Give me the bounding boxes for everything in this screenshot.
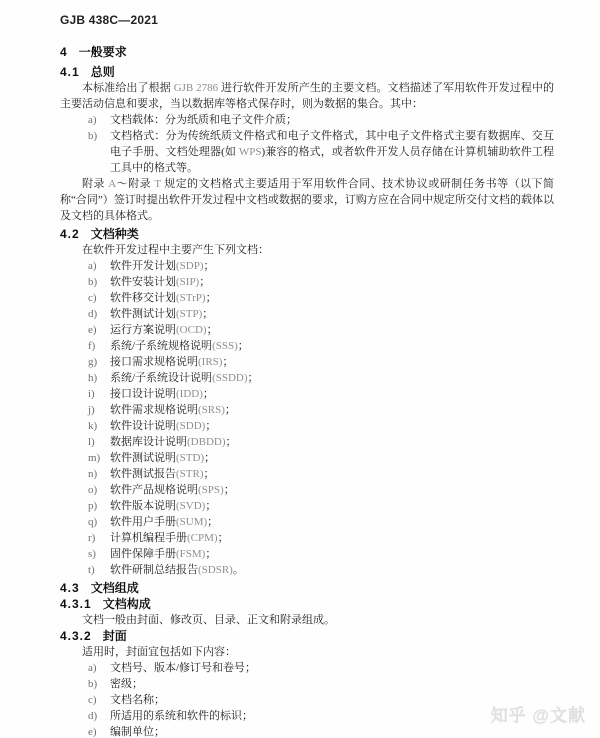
section-4-2-heading: 4.2文档种类	[60, 226, 554, 242]
list-item: i)接口设计说明(IDD)；	[60, 386, 554, 402]
item-letter: m)	[88, 450, 100, 466]
list-item: t)软件研制总结报告(SDSR)。	[60, 562, 554, 578]
item-letter: i)	[88, 386, 95, 402]
list-item: e)编制单位；	[60, 724, 554, 738]
item-letter: b)	[88, 128, 97, 144]
item-letter: t)	[88, 562, 95, 578]
item-text: 文档号、版本/修订号和卷号；	[110, 662, 256, 674]
section-4-3-heading: 4.3文档组成	[60, 580, 554, 596]
item-text: 软件需求规格说明(SRS)；	[110, 404, 236, 416]
paragraph: 在软件开发过程中主要产生下列文档：	[60, 242, 554, 258]
heading-number: 4.3.1	[60, 597, 92, 611]
list-item: a)软件开发计划(SDP)；	[60, 258, 554, 274]
item-text: 系统/子系统设计说明(SSDD)；	[110, 372, 259, 384]
item-text: 密级；	[110, 678, 143, 690]
item-text: 系统/子系统规格说明(SSS)；	[110, 340, 249, 352]
item-letter: r)	[88, 530, 95, 546]
list-item: c)文档名称；	[60, 692, 554, 708]
item-text: 软件产品规格说明(SPS)；	[110, 484, 235, 496]
standard-number: GJB 438C—2021	[60, 12, 554, 28]
item-text: 软件设计说明(SDD)；	[110, 420, 216, 432]
item-text: 接口需求规格说明(IRS)；	[110, 356, 233, 368]
item-letter: o)	[88, 482, 97, 498]
item-letter: f)	[88, 338, 95, 354]
section-4-3-1-heading: 4.3.1文档构成	[60, 596, 554, 612]
item-letter: q)	[88, 514, 97, 530]
list-item: c)软件移交计划(STrP)；	[60, 290, 554, 306]
list-item: d)所适用的系统和软件的标识；	[60, 708, 554, 724]
item-letter: d)	[88, 306, 97, 322]
list-item: h)系统/子系统设计说明(SSDD)；	[60, 370, 554, 386]
item-letter: a)	[88, 258, 97, 274]
item-letter: b)	[88, 274, 97, 290]
item-text: 软件用户手册(SUM)；	[110, 516, 218, 528]
heading-title: 一般要求	[79, 45, 127, 59]
list-item: m)软件测试说明(STD)；	[60, 450, 554, 466]
item-letter: n)	[88, 466, 97, 482]
heading-title: 文档构成	[103, 597, 151, 611]
item-letter: e)	[88, 724, 97, 738]
heading-title: 文档组成	[91, 581, 139, 595]
item-text: 固件保障手册(FSM)；	[110, 548, 216, 560]
item-text: 软件测试报告(STR)；	[110, 468, 215, 480]
list-item: l)数据库设计说明(DBDD)；	[60, 434, 554, 450]
item-letter: l)	[88, 434, 95, 450]
list-item: f)系统/子系统规格说明(SSS)；	[60, 338, 554, 354]
paragraph: 附录 A～附录 T 规定的文档格式主要适用于军用软件合同、技术协议或研制任务书等…	[60, 176, 554, 224]
item-text: 软件开发计划(SDP)；	[110, 260, 215, 272]
item-letter: s)	[88, 546, 96, 562]
item-text: 软件版本说明(SVD)；	[110, 500, 216, 512]
heading-number: 4.3	[60, 581, 80, 595]
item-text: 软件测试说明(STD)；	[110, 452, 215, 464]
heading-number: 4	[60, 45, 68, 59]
item-letter: d)	[88, 708, 97, 724]
section-4-3-2-heading: 4.3.2封面	[60, 628, 554, 644]
item-text: 接口设计说明(IDD)；	[110, 388, 214, 400]
list-item: g)接口需求规格说明(IRS)；	[60, 354, 554, 370]
item-text: 软件测试计划(STP)；	[110, 308, 213, 320]
item-text: 文档载体：分为纸质和电子文件介质；	[110, 114, 297, 126]
item-text: 编制单位；	[110, 726, 165, 738]
heading-number: 4.1	[60, 65, 80, 79]
paragraph: 文档一般由封面、修改页、目录、正文和附录组成。	[60, 612, 554, 628]
item-letter: e)	[88, 322, 97, 338]
list-item: e)运行方案说明(OCD)；	[60, 322, 554, 338]
item-text: 文档格式：分为传统纸质文件格式和电子文件格式，其中电子文件格式主要有数据库、交互…	[110, 130, 554, 174]
item-letter: p)	[88, 498, 97, 514]
list-item: j)软件需求规格说明(SRS)；	[60, 402, 554, 418]
heading-title: 文档种类	[91, 227, 139, 241]
heading-title: 总则	[91, 65, 115, 79]
list-item: b)软件安装计划(SIP)；	[60, 274, 554, 290]
list-item: k)软件设计说明(SDD)；	[60, 418, 554, 434]
item-text: 软件安装计划(SIP)；	[110, 276, 210, 288]
item-text: 数据库设计说明(DBDD)；	[110, 436, 237, 448]
item-text: 计算机编程手册(CPM)；	[110, 532, 229, 544]
item-text: 软件研制总结报告(SDSR)。	[110, 564, 244, 576]
item-letter: a)	[88, 112, 97, 128]
list-item: a)文档号、版本/修订号和卷号；	[60, 660, 554, 676]
heading-number: 4.3.2	[60, 629, 92, 643]
item-letter: g)	[88, 354, 97, 370]
heading-title: 封面	[103, 629, 127, 643]
item-letter: h)	[88, 370, 97, 386]
list-item: r)计算机编程手册(CPM)；	[60, 530, 554, 546]
list-item: o)软件产品规格说明(SPS)；	[60, 482, 554, 498]
list-item: p)软件版本说明(SVD)；	[60, 498, 554, 514]
item-text: 所适用的系统和软件的标识；	[110, 710, 253, 722]
item-letter: k)	[88, 418, 97, 434]
item-text: 文档名称；	[110, 694, 165, 706]
list-item: b)密级；	[60, 676, 554, 692]
paragraph: 本标准给出了根据 GJB 2786 进行软件开发所产生的主要文档。文档描述了军用…	[60, 80, 554, 112]
item-text: 运行方案说明(OCD)；	[110, 324, 218, 336]
section-4-heading: 4一般要求	[60, 44, 554, 60]
list-item: a) 文档载体：分为纸质和电子文件介质；	[60, 112, 554, 128]
list-item: s)固件保障手册(FSM)；	[60, 546, 554, 562]
list-item: b) 文档格式：分为传统纸质文件格式和电子文件格式，其中电子文件格式主要有数据库…	[60, 128, 554, 176]
paragraph: 适用时，封面宜包括如下内容：	[60, 644, 554, 660]
section-4-1-heading: 4.1总则	[60, 64, 554, 80]
item-letter: c)	[88, 692, 97, 708]
item-letter: c)	[88, 290, 97, 306]
item-letter: a)	[88, 660, 97, 676]
list-item: n)软件测试报告(STR)；	[60, 466, 554, 482]
item-letter: b)	[88, 676, 97, 692]
list-item: q)软件用户手册(SUM)；	[60, 514, 554, 530]
list-item: d)软件测试计划(STP)；	[60, 306, 554, 322]
zhihu-watermark: 知乎 @文献	[491, 701, 586, 726]
document-page: GJB 438C—2021 4一般要求 4.1总则 本标准给出了根据 GJB 2…	[0, 0, 600, 738]
item-text: 软件移交计划(STrP)；	[110, 292, 217, 304]
heading-number: 4.2	[60, 227, 80, 241]
item-letter: j)	[88, 402, 95, 418]
